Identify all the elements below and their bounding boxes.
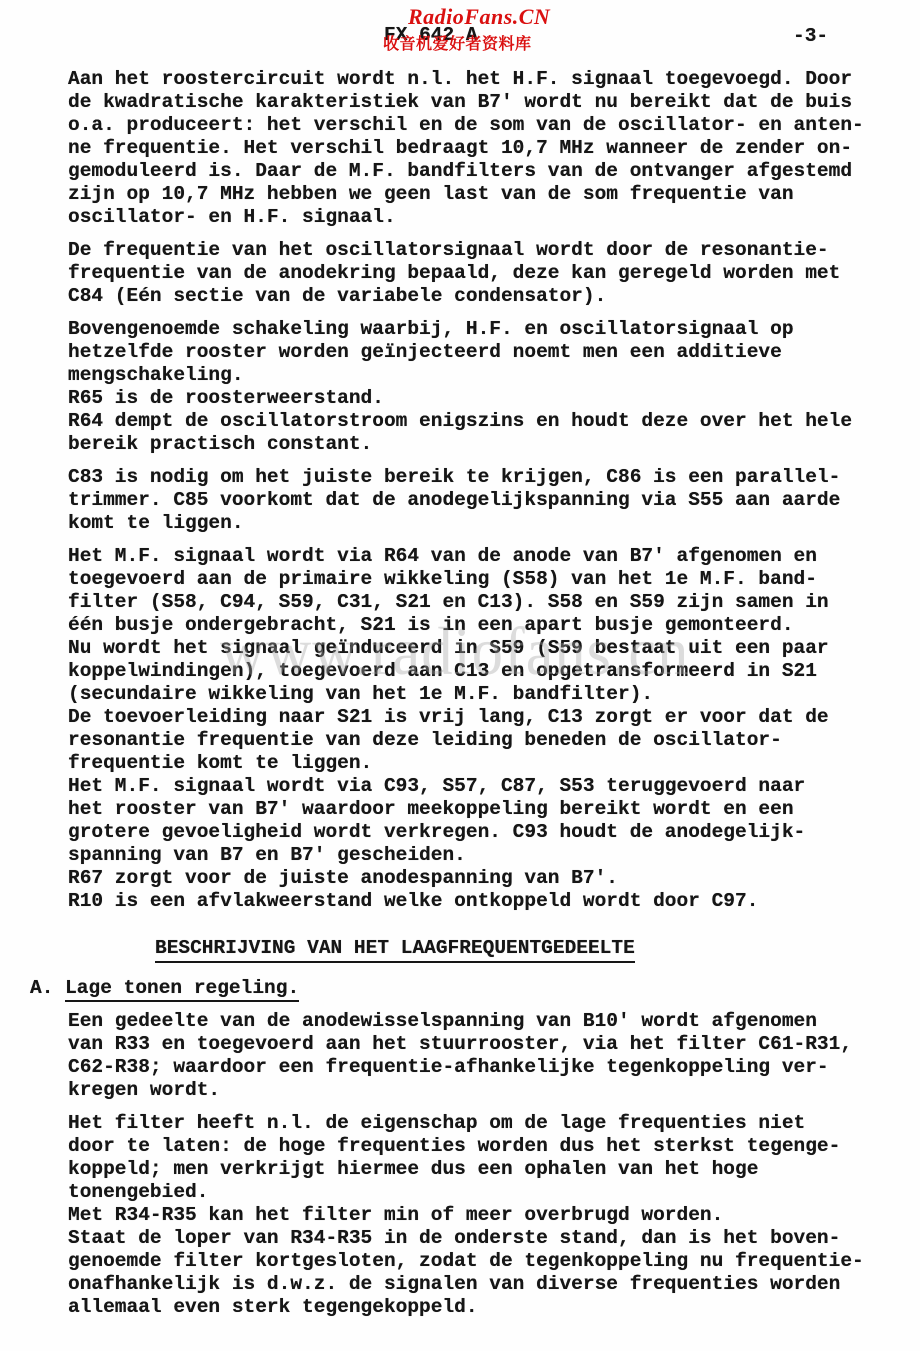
text-line: bereik practisch constant. [68,433,888,456]
heading-row: BESCHRIJVING VAN HET LAAGFREQUENTGEDEELT… [155,937,888,963]
paragraph: Het filter heeft n.l. de eigenschap om d… [68,1112,888,1319]
text-line: door te laten: de hoge frequenties worde… [68,1135,888,1158]
text-line: ne frequentie. Het verschil bedraagt 10,… [68,137,888,160]
text-line: R67 zorgt voor de juiste anodespanning v… [68,867,888,890]
text-line: kregen wordt. [68,1079,888,1102]
paragraph: Het M.F. signaal wordt via R64 van de an… [68,545,888,913]
text-line: Aan het roostercircuit wordt n.l. het H.… [68,68,888,91]
text-line: Met R34-R35 kan het filter min of meer o… [68,1204,888,1227]
section-heading: BESCHRIJVING VAN HET LAAGFREQUENTGEDEELT… [155,937,635,963]
text-line: gemoduleerd is. Daar de M.F. bandfilters… [68,160,888,183]
text-line: De frequentie van het oscillatorsignaal … [68,239,888,262]
paragraph: Een gedeelte van de anodewisselspanning … [68,1010,888,1102]
section-a-label: A. [30,977,65,999]
text-line: frequentie komt te liggen. [68,752,888,775]
main-text-block: Aan het roostercircuit wordt n.l. het H.… [68,68,888,913]
section-a-title: Lage tonen regeling. [65,977,299,1002]
text-line: Nu wordt het signaal geïnduceerd in S59 … [68,637,888,660]
text-line: koppeld; men verkrijgt hiermee dus een o… [68,1158,888,1181]
text-line: hetzelfde rooster worden geïnjecteerd no… [68,341,888,364]
text-line: filter (S58, C94, S59, C31, S21 en C13).… [68,591,888,614]
text-line: Het M.F. signaal wordt via C93, S57, C87… [68,775,888,798]
text-line: (secundaire wikkeling van het 1e M.F. ba… [68,683,888,706]
text-line: de kwadratische karakteristiek van B7' w… [68,91,888,114]
section-a-row: A. Lage tonen regeling. [30,977,850,1002]
text-line: het rooster van B7' waardoor meekoppelin… [68,798,888,821]
text-line: C62-R38; waardoor een frequentie-afhanke… [68,1056,888,1079]
text-line: o.a. produceert: het verschil en de som … [68,114,888,137]
text-line: allemaal even sterk tegengekoppeld. [68,1296,888,1319]
text-line: Bovengenoemde schakeling waarbij, H.F. e… [68,318,888,341]
text-line: R10 is een afvlakweerstand welke ontkopp… [68,890,888,913]
text-line: Het M.F. signaal wordt via R64 van de an… [68,545,888,568]
text-line: tonengebied. [68,1181,888,1204]
text-line: Staat de loper van R34-R35 in de onderst… [68,1227,888,1250]
document-number: FX 642 A [384,24,478,46]
section-a-text-block: Een gedeelte van de anodewisselspanning … [68,1010,888,1319]
text-line: onafhankelijk is d.w.z. de signalen van … [68,1273,888,1296]
text-line: één busje ondergebracht, S21 is in een a… [68,614,888,637]
text-line: trimmer. C85 voorkomt dat de anodegelijk… [68,489,888,512]
text-line: mengschakeling. [68,364,888,387]
text-line: oscillator- en H.F. signaal. [68,206,888,229]
text-line: Een gedeelte van de anodewisselspanning … [68,1010,888,1033]
text-line: zijn op 10,7 MHz hebben we geen last van… [68,183,888,206]
text-line: koppelwindingen), toegevoerd aan C13 en … [68,660,888,683]
text-line: grotere gevoeligheid wordt verkregen. C9… [68,821,888,844]
text-line: De toevoerleiding naar S21 is vrij lang,… [68,706,888,729]
paragraph: Aan het roostercircuit wordt n.l. het H.… [68,68,888,229]
text-line: R65 is de roosterweerstand. [68,387,888,410]
text-line: C84 (Eén sectie van de variabele condens… [68,285,888,308]
text-line: resonantie frequentie van deze leiding b… [68,729,888,752]
text-line: van R33 en toegevoerd aan het stuurroost… [68,1033,888,1056]
paragraph: Bovengenoemde schakeling waarbij, H.F. e… [68,318,888,456]
text-line: komt te liggen. [68,512,888,535]
text-line: spanning van B7 en B7' gescheiden. [68,844,888,867]
scanned-document-page: www.radiofans.cn RadioFans.CN 收音机爱好者资料库 … [0,0,920,1351]
page-number: -3- [793,25,828,47]
text-line: R64 dempt de oscillatorstroom enigszins … [68,410,888,433]
text-line: C83 is nodig om het juiste bereik te kri… [68,466,888,489]
text-line: genoemde filter kortgesloten, zodat de t… [68,1250,888,1273]
document-body: Aan het roostercircuit wordt n.l. het H.… [68,68,888,1319]
text-line: toegevoerd aan de primaire wikkeling (S5… [68,568,888,591]
paragraph: C83 is nodig om het juiste bereik te kri… [68,466,888,535]
text-line: Het filter heeft n.l. de eigenschap om d… [68,1112,888,1135]
text-line: frequentie van de anodekring bepaald, de… [68,262,888,285]
paragraph: De frequentie van het oscillatorsignaal … [68,239,888,308]
